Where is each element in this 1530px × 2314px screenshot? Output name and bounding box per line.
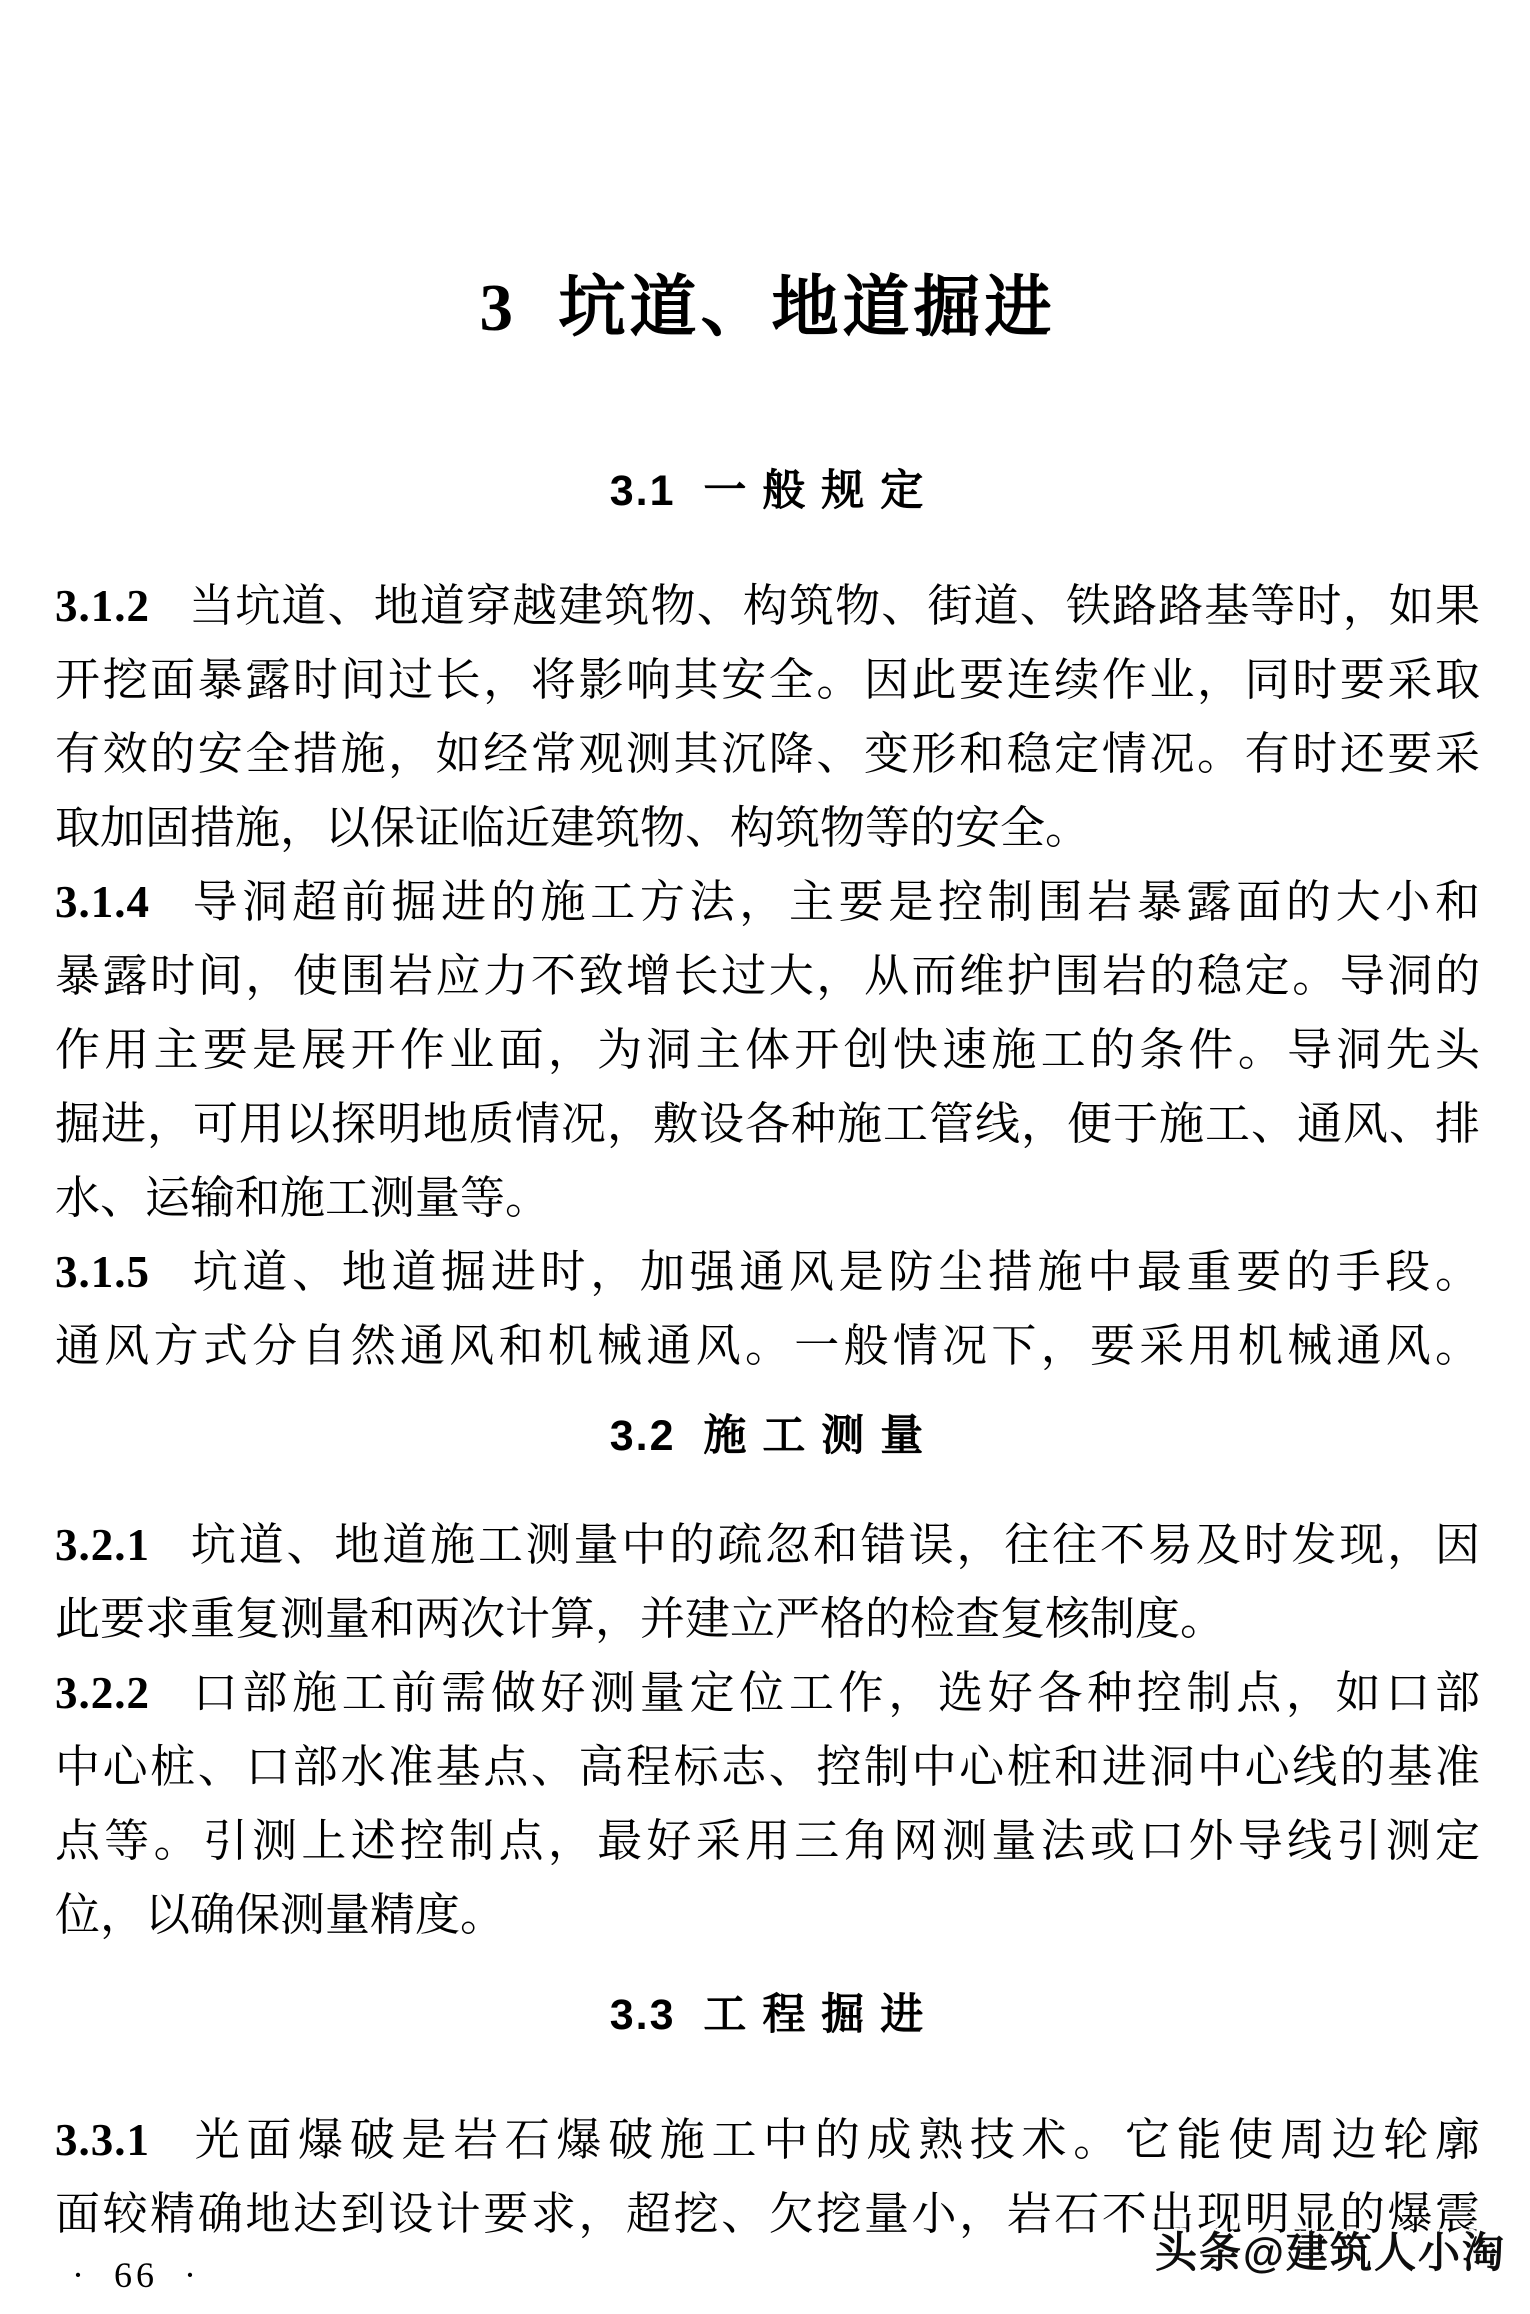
paragraph-line: 3.3.1光面爆破是岩石爆破施工中的成熟技术。它能使周边轮廓 — [55, 2103, 1480, 2177]
paragraph-line-text: 当坑道、地道穿越建筑物、构筑物、街道、铁路路基等时，如果 — [188, 581, 1480, 631]
paragraph-line-text: 口部施工前需做好测量定位工作，选好各种控制点，如口部 — [188, 1668, 1480, 1718]
paragraph-line: 3.2.1坑道、地道施工测量中的疏忽和错误，往往不易及时发现，因 — [55, 1508, 1480, 1582]
section-3-2: 3.2 施 工 测 量 3.2.1坑道、地道施工测量中的疏忽和错误，往往不易及时… — [55, 1415, 1480, 1952]
paragraph-line: 掘进，可用以探明地质情况，敷设各种施工管线，便于施工、通风、排 — [55, 1087, 1480, 1161]
paragraph-3-1-2: 3.1.2当坑道、地道穿越建筑物、构筑物、街道、铁路路基等时，如果 开挖面暴露时… — [55, 569, 1480, 865]
paragraph-number: 3.2.2 — [55, 1668, 150, 1718]
paragraph-line-text: 光面爆破是岩石爆破施工中的成熟技术。它能使周边轮廓 — [188, 2115, 1480, 2165]
paragraph-line: 位，以确保测量精度。 — [55, 1878, 1480, 1952]
paragraph-number: 3.2.1 — [55, 1520, 150, 1570]
paragraph-line: 点等。引测上述控制点，最好采用三角网测量法或口外导线引测定 — [55, 1804, 1480, 1878]
paragraph-3-2-1: 3.2.1坑道、地道施工测量中的疏忽和错误，往往不易及时发现，因 此要求重复测量… — [55, 1508, 1480, 1656]
paragraph-line: 此要求重复测量和两次计算，并建立严格的检查复核制度。 — [55, 1582, 1480, 1656]
paragraph-line: 开挖面暴露时间过长，将影响其安全。因此要连续作业，同时要采取 — [55, 643, 1480, 717]
paragraph-number: 3.3.1 — [55, 2115, 150, 2165]
page-number: · 66 · — [72, 2254, 200, 2296]
section-heading-3-3: 3.3 工 程 掘 进 — [55, 1994, 1480, 2037]
paragraph-line: 3.1.5坑道、地道掘进时，加强通风是防尘措施中最重要的手段。 — [55, 1235, 1480, 1309]
paragraph-line: 3.1.4导洞超前掘进的施工方法，主要是控制围岩暴露面的大小和 — [55, 865, 1480, 939]
paragraph-line: 水、运输和施工测量等。 — [55, 1161, 1480, 1235]
paragraph-line: 有效的安全措施，如经常观测其沉降、变形和稳定情况。有时还要采 — [55, 717, 1480, 791]
document-page: 3 坑道、地道掘进 3.1 一 般 规 定 3.1.2当坑道、地道穿越建筑物、构… — [0, 0, 1530, 2314]
paragraph-line: 取加固措施，以保证临近建筑物、构筑物等的安全。 — [55, 791, 1480, 865]
section-heading-3-2: 3.2 施 工 测 量 — [55, 1415, 1480, 1458]
paragraph-line: 中心桩、口部水准基点、高程标志、控制中心桩和进洞中心线的基准 — [55, 1730, 1480, 1804]
paragraph-3-1-5: 3.1.5坑道、地道掘进时，加强通风是防尘措施中最重要的手段。 通风方式分自然通… — [55, 1235, 1480, 1383]
watermark: 头条@建筑人小淘 — [1155, 2220, 1506, 2280]
paragraph-line: 作用主要是展开作业面，为洞主体开创快速施工的条件。导洞先头 — [55, 1013, 1480, 1087]
section-3-3: 3.3 工 程 掘 进 3.3.1光面爆破是岩石爆破施工中的成熟技术。它能使周边… — [55, 1994, 1480, 2251]
paragraph-3-2-2: 3.2.2口部施工前需做好测量定位工作，选好各种控制点，如口部 中心桩、口部水准… — [55, 1656, 1480, 1952]
paragraph-number: 3.1.2 — [55, 581, 150, 631]
section-3-1: 3.1 一 般 规 定 3.1.2当坑道、地道穿越建筑物、构筑物、街道、铁路路基… — [55, 470, 1480, 1383]
paragraph-line-text: 坑道、地道掘进时，加强通风是防尘措施中最重要的手段。 — [188, 1247, 1480, 1297]
paragraph-line-text: 坑道、地道施工测量中的疏忽和错误，往往不易及时发现，因 — [188, 1520, 1480, 1570]
chapter-title: 3 坑道、地道掘进 — [55, 268, 1480, 348]
paragraph-3-1-4: 3.1.4导洞超前掘进的施工方法，主要是控制围岩暴露面的大小和 暴露时间，使围岩… — [55, 865, 1480, 1235]
paragraph-line: 3.2.2口部施工前需做好测量定位工作，选好各种控制点，如口部 — [55, 1656, 1480, 1730]
paragraph-line: 通风方式分自然通风和机械通风。一般情况下，要采用机械通风。 — [55, 1309, 1480, 1383]
paragraph-line: 3.1.2当坑道、地道穿越建筑物、构筑物、街道、铁路路基等时，如果 — [55, 569, 1480, 643]
paragraph-number: 3.1.4 — [55, 877, 150, 927]
paragraph-number: 3.1.5 — [55, 1247, 150, 1297]
paragraph-line-text: 导洞超前掘进的施工方法，主要是控制围岩暴露面的大小和 — [188, 877, 1480, 927]
paragraph-line: 暴露时间，使围岩应力不致增长过大，从而维护围岩的稳定。导洞的 — [55, 939, 1480, 1013]
section-heading-3-1: 3.1 一 般 规 定 — [55, 470, 1480, 513]
